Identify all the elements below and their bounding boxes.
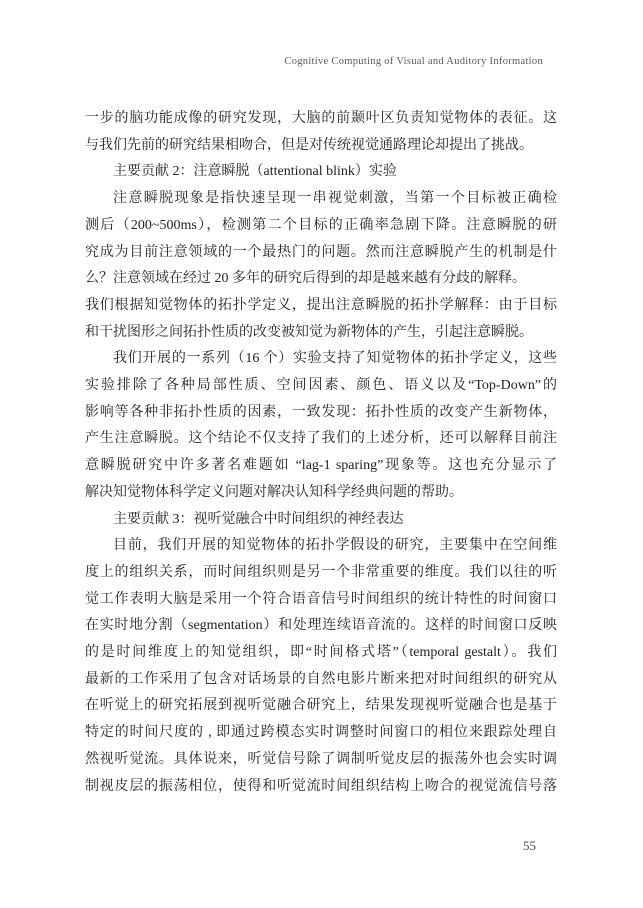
text-line: 影响等各种非拓扑性质的因素，一致发现：拓扑性质的改变产生新物体， [85, 400, 557, 427]
running-header: Cognitive Computing of Visual and Audito… [0, 56, 543, 67]
text-line: 我们根据知觉物体的拓扑学定义，提出注意瞬脱的拓扑学解释：由于目标 [85, 293, 557, 320]
text-line: 解决知觉物体科学定义问题对解决认知科学经典问题的帮助。 [85, 480, 557, 507]
text-line: 实验排除了各种局部性质、空间因素、颜色、语义以及“Top-Down”的 [85, 373, 557, 400]
text-line: 一步的脑功能成像的研究发现，大脑的前颞叶区负责知觉物体的表征。这 [85, 106, 557, 133]
text-line: 究成为目前注意领域的一个最热门的问题。然而注意瞬脱产生的机制是什 [85, 240, 557, 267]
text-line: 在实时地分割（segmentation）和处理连续语音流的。这样的时间窗口反映 [85, 613, 557, 640]
text-line: 我们开展的一系列（16 个）实验支持了知觉物体的拓扑学定义，这些 [85, 346, 557, 373]
text-line: 和干扰图形之间拓扑性质的改变被知觉为新物体的产生，引起注意瞬脱。 [85, 320, 557, 347]
text-line: 目前，我们开展的知觉物体的拓扑学假设的研究，主要集中在空间维 [85, 533, 557, 560]
text-line: 意瞬脱研究中许多著名难题如 “lag-1 sparing”现象等。这也充分显示了 [85, 453, 557, 480]
page-number: 55 [0, 838, 536, 854]
text-line: 制视皮层的振荡相位，使得和听觉流时间组织结构上吻合的视觉流信号落 [85, 774, 557, 801]
text-line: 主要贡献 2：注意瞬脱（attentional blink）实验 [85, 159, 557, 186]
text-line: 的是时间维度上的知觉组织，即“时间格式塔”（temporal gestalt）。… [85, 640, 557, 667]
text-line: 么？注意领域在经过 20 多年的研究后得到的却是越来越有分歧的解释。 [85, 266, 557, 293]
body-text: 一步的脑功能成像的研究发现，大脑的前颞叶区负责知觉物体的表征。这与我们先前的研究… [85, 106, 557, 800]
text-line: 测后（200~500ms），检测第二个目标的正确率急剧下降。注意瞬脱的研 [85, 213, 557, 240]
text-line: 注意瞬脱现象是指快速呈现一串视觉刺激，当第一个目标被正确检 [85, 186, 557, 213]
document-page: Cognitive Computing of Visual and Audito… [0, 0, 643, 908]
text-line: 然视听觉流。具体说来，听觉信号除了调制听觉皮层的振荡外也会实时调 [85, 747, 557, 774]
text-line: 在听觉上的研究拓展到视听觉融合研究上，结果发现视听觉融合也是基于 [85, 693, 557, 720]
text-line: 特定的时间尺度的 , 即通过跨模态实时调整时间窗口的相位来跟踪处理自 [85, 720, 557, 747]
text-line: 度上的组织关系，而时间组织则是另一个非常重要的维度。我们以往的听 [85, 560, 557, 587]
text-line: 产生注意瞬脱。这个结论不仅支持了我们的上述分析，还可以解释目前注 [85, 426, 557, 453]
text-line: 最新的工作采用了包含对话场景的自然电影片断来把对时间组织的研究从 [85, 667, 557, 694]
text-line: 觉工作表明大脑是采用一个符合语音信号时间组织的统计特性的时间窗口 [85, 587, 557, 614]
text-line: 主要贡献 3：视听觉融合中时间组织的神经表达 [85, 507, 557, 534]
text-line: 与我们先前的研究结果相吻合，但是对传统视觉通路理论却提出了挑战。 [85, 133, 557, 160]
